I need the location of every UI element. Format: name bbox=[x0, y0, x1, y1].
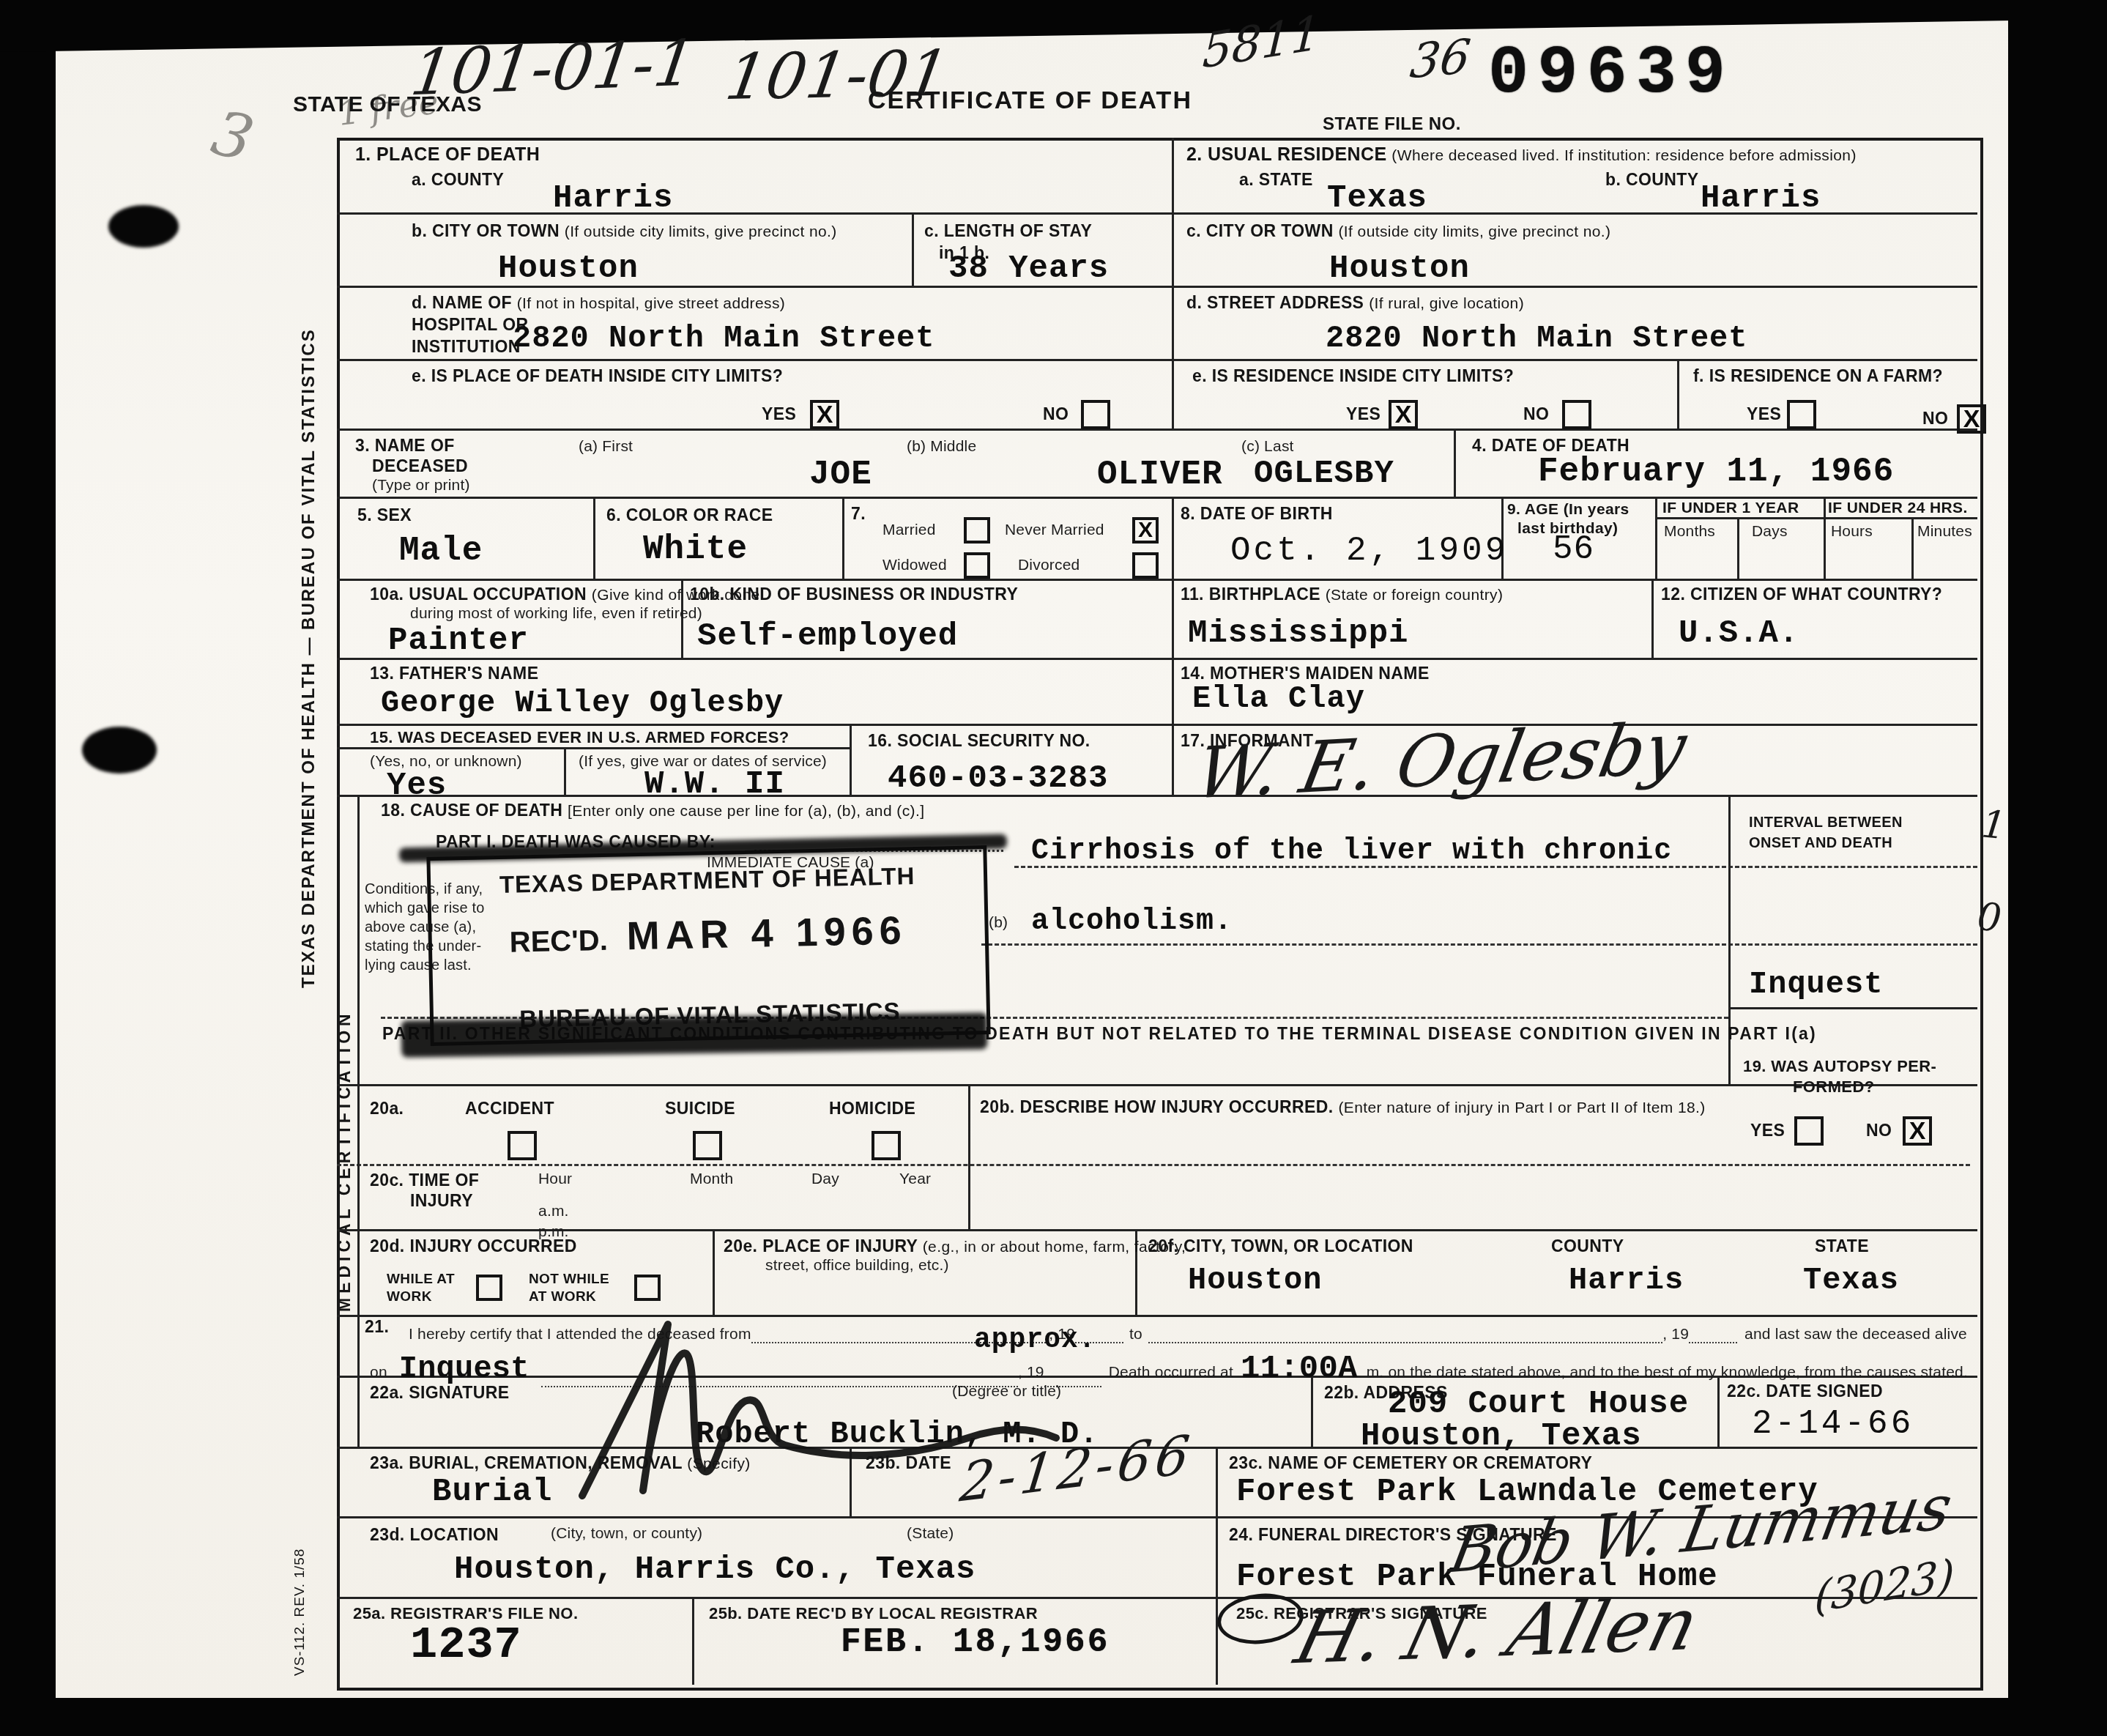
physician-address-1: 209 Court House bbox=[1388, 1386, 1689, 1422]
date-signed-value: 2-14-66 bbox=[1752, 1405, 1914, 1443]
last-name-value: OGLESBY bbox=[1254, 456, 1394, 492]
injury-20b-label-text: 20b. DESCRIBE HOW INJURY OCCURRED. bbox=[980, 1097, 1334, 1116]
mother-name-label: 14. MOTHER'S MAIDEN NAME bbox=[1181, 664, 1430, 683]
year-label: Year bbox=[899, 1171, 931, 1188]
injury-20b-label: 20b. DESCRIBE HOW INJURY OCCURRED. (Ente… bbox=[980, 1097, 1706, 1117]
handwritten-36: 36 bbox=[1407, 29, 1473, 89]
residence-farm-yes-checkbox bbox=[1787, 400, 1816, 429]
cemetery-label: 23c. NAME OF CEMETERY OR CREMATORY bbox=[1229, 1453, 1592, 1473]
residence-farm-yes-label: YES bbox=[1747, 404, 1781, 424]
disposition-date-label: 23b. DATE bbox=[866, 1453, 951, 1473]
not-while-at-work-checkbox bbox=[634, 1275, 661, 1301]
grid-line bbox=[593, 497, 595, 579]
suicide-label: SUICIDE bbox=[665, 1099, 735, 1119]
residence-county-label: b. COUNTY bbox=[1605, 170, 1699, 190]
residence-city-limits-yes-checkbox: X bbox=[1389, 400, 1418, 429]
married-label: Married bbox=[882, 522, 936, 539]
residence-state-value: Texas bbox=[1327, 180, 1427, 217]
interval-label-2: ONSET AND DEATH bbox=[1749, 835, 1892, 852]
place-of-death-section-label: 1. PLACE OF DEATH bbox=[355, 144, 540, 166]
citizenship-value: U.S.A. bbox=[1679, 615, 1799, 652]
registrar-date-label: 25b. DATE REC'D BY LOCAL REGISTRAR bbox=[709, 1604, 1038, 1623]
date-of-birth-label: 8. DATE OF BIRTH bbox=[1181, 504, 1333, 524]
hospital-label-3: INSTITUTION bbox=[412, 337, 521, 357]
city-or-town-label-text: b. CITY OR TOWN bbox=[412, 221, 560, 240]
punch-hole bbox=[82, 727, 157, 774]
hospital-label-text: d. NAME OF bbox=[412, 293, 512, 312]
minutes-label: Minutes bbox=[1917, 523, 1972, 541]
if-under-1-year-label: IF UNDER 1 YEAR bbox=[1662, 500, 1799, 517]
grid-line bbox=[842, 497, 844, 579]
injury-city-value: Houston bbox=[1188, 1263, 1322, 1298]
disposition-note: (Specify) bbox=[687, 1455, 750, 1472]
hospital-note: (If not in hospital, give street address… bbox=[517, 295, 786, 312]
received-stamp-line-1: TEXAS DEPARTMENT OF HEALTH bbox=[431, 861, 984, 900]
autopsy-label-2: FORMED? bbox=[1793, 1077, 1875, 1097]
autopsy-yes-label: YES bbox=[1750, 1121, 1785, 1140]
residence-city-limits-label: e. IS RESIDENCE INSIDE CITY LIMITS? bbox=[1192, 366, 1514, 386]
grid-line bbox=[337, 747, 850, 749]
grid-line bbox=[912, 212, 914, 286]
race-value: White bbox=[643, 530, 748, 568]
injury-20c-label-1: 20c. TIME OF bbox=[370, 1171, 479, 1190]
grid-line bbox=[337, 724, 1977, 726]
registrar-date-stamp: FEB. 18,1966 bbox=[841, 1623, 1110, 1661]
residence-city-label: c. CITY OR TOWN (If outside city limits,… bbox=[1186, 221, 1610, 241]
dotted-blank bbox=[1689, 1329, 1737, 1343]
street-address-note: (If rural, give location) bbox=[1369, 295, 1524, 312]
day-label: Day bbox=[811, 1171, 839, 1188]
grid-line bbox=[337, 1084, 1977, 1086]
interval-handwritten-mark-1: 1 bbox=[1980, 802, 2008, 848]
grid-line bbox=[337, 579, 1977, 581]
last-name-label: (c) Last bbox=[1241, 438, 1294, 456]
injury-20e-note-1: (e.g., in or about home, farm, factory, bbox=[923, 1239, 1186, 1255]
grid-line bbox=[337, 658, 1977, 660]
state-file-no-stamp: 09639 bbox=[1488, 35, 1734, 112]
grid-line bbox=[1454, 429, 1456, 497]
injury-20f-label: 20f. CITY, TOWN, OR LOCATION bbox=[1148, 1236, 1413, 1256]
if-under-24-hrs-label: IF UNDER 24 HRS. bbox=[1828, 500, 1968, 517]
physician-signature-label: 22a. SIGNATURE bbox=[370, 1383, 510, 1403]
autopsy-no-checkbox: X bbox=[1903, 1116, 1932, 1146]
certification-line1-to: to bbox=[1129, 1326, 1142, 1343]
date-of-birth-value: Oct. 2, 1909 bbox=[1230, 532, 1508, 570]
citizenship-label: 12. CITIZEN OF WHAT COUNTRY? bbox=[1661, 585, 1942, 604]
grid-line bbox=[337, 1229, 1977, 1231]
certification-line1-19b: , 19 bbox=[1662, 1326, 1689, 1343]
cause-of-death-label: 18. CAUSE OF DEATH [Enter only one cause… bbox=[381, 801, 924, 820]
handwritten-code-1: 101-01-1 bbox=[406, 26, 699, 110]
injury-20e-note-2: street, office building, etc.) bbox=[765, 1257, 949, 1275]
birthplace-note: (State or foreign country) bbox=[1326, 587, 1504, 604]
birthplace-label-text: 11. BIRTHPLACE bbox=[1181, 585, 1320, 604]
received-stamp-line-2: REC'D. MAR 4 1966 bbox=[431, 906, 985, 963]
ssn-label: 16. SOCIAL SECURITY NO. bbox=[868, 731, 1090, 751]
residence-farm-no-label: NO bbox=[1922, 409, 1948, 429]
length-of-stay-label: c. LENGTH OF STAY bbox=[924, 221, 1092, 241]
industry-label: 10b. KIND OF BUSINESS OR INDUSTRY bbox=[690, 585, 1018, 604]
residence-section-label-text: 2. USUAL RESIDENCE bbox=[1186, 144, 1386, 165]
interval-label-1: INTERVAL BETWEEN bbox=[1749, 815, 1903, 831]
accident-checkbox bbox=[508, 1131, 537, 1160]
dotted-blank bbox=[1148, 1329, 1662, 1343]
injury-20a-label: 20a. bbox=[370, 1099, 404, 1119]
grid-line bbox=[1677, 359, 1679, 429]
suicide-checkbox bbox=[693, 1131, 722, 1160]
grid-line bbox=[357, 795, 360, 1447]
cause-of-death-label-text: 18. CAUSE OF DEATH bbox=[381, 801, 562, 820]
hour-label: Hour bbox=[538, 1171, 572, 1188]
street-address-value: 2820 North Main Street bbox=[1326, 321, 1748, 356]
father-name-label: 13. FATHER'S NAME bbox=[370, 664, 538, 683]
residence-county-value: Harris bbox=[1701, 180, 1821, 217]
grid-line bbox=[981, 943, 1977, 946]
cause-line-a-value: Cirrhosis of the liver with chronic bbox=[1031, 835, 1672, 868]
grid-line bbox=[692, 1597, 694, 1685]
ssn-value: 460-03-3283 bbox=[888, 760, 1108, 797]
residence-city-value: Houston bbox=[1329, 251, 1470, 287]
residence-city-label-text: c. CITY OR TOWN bbox=[1186, 221, 1334, 240]
grid-line bbox=[564, 747, 566, 795]
grid-line bbox=[1728, 1007, 1977, 1009]
armed-forces-value-1: Yes bbox=[387, 768, 447, 804]
grid-line bbox=[337, 1597, 1977, 1599]
grid-line bbox=[1911, 517, 1914, 579]
grid-line bbox=[968, 1084, 970, 1229]
disposition-location-value: Houston, Harris Co., Texas bbox=[454, 1551, 976, 1588]
homicide-checkbox bbox=[872, 1131, 901, 1160]
length-of-stay-value: 38 Years bbox=[948, 251, 1109, 287]
margin-agency-text: TEXAS DEPARTMENT OF HEALTH — BUREAU OF V… bbox=[296, 341, 322, 976]
mother-name-value: Ella Clay bbox=[1192, 681, 1365, 716]
cause-b-label: (b) bbox=[989, 914, 1008, 932]
while-at-work-checkbox bbox=[476, 1275, 502, 1301]
am-label: a.m. bbox=[538, 1203, 569, 1220]
certification-line1-tail: and last saw the deceased alive bbox=[1744, 1326, 1967, 1343]
cause-of-death-note: [Enter only one cause per line for (a), … bbox=[568, 803, 924, 820]
first-name-value: JOE bbox=[809, 456, 872, 494]
city-or-town-value: Houston bbox=[498, 251, 639, 287]
grid-line bbox=[337, 497, 1977, 499]
place-city-limits-no-checkbox bbox=[1081, 400, 1110, 429]
location-city-note: (City, town, or county) bbox=[551, 1525, 702, 1543]
never-married-checkbox: X bbox=[1132, 517, 1159, 544]
registrar-file-value: 1237 bbox=[410, 1619, 522, 1671]
father-name-value: George Willey Oglesby bbox=[381, 686, 784, 721]
age-label-1: 9. AGE (In years bbox=[1507, 501, 1630, 519]
city-or-town-note: (If outside city limits, give precinct n… bbox=[565, 223, 837, 240]
months-label: Months bbox=[1664, 523, 1715, 541]
residence-section-label: 2. USUAL RESIDENCE (Where deceased lived… bbox=[1186, 144, 1857, 166]
divorced-checkbox bbox=[1132, 552, 1159, 579]
place-city-limits-no-label: NO bbox=[1043, 404, 1069, 424]
grid-line bbox=[850, 724, 852, 795]
grid-line bbox=[1172, 497, 1174, 795]
location-state-note: (State) bbox=[907, 1525, 954, 1543]
grid-line bbox=[1216, 1447, 1218, 1685]
residence-state-label: a. STATE bbox=[1239, 170, 1313, 190]
sex-value: Male bbox=[399, 532, 483, 570]
occupation-label-text: 10a. USUAL OCCUPATION bbox=[370, 585, 587, 604]
middle-name-label: (b) Middle bbox=[907, 438, 976, 456]
certificate-title: CERTIFICATE OF DEATH bbox=[868, 86, 1192, 115]
occupation-value: Painter bbox=[388, 623, 529, 659]
residence-city-note: (If outside city limits, give precinct n… bbox=[1338, 223, 1610, 240]
grid-line bbox=[337, 1164, 1970, 1166]
accident-label: ACCIDENT bbox=[465, 1099, 554, 1119]
place-city-limits-yes-checkbox: X bbox=[810, 400, 839, 429]
county-value: Harris bbox=[553, 180, 673, 217]
armed-forces-label: 15. WAS DECEASED EVER IN U.S. ARMED FORC… bbox=[370, 728, 789, 747]
death-time-typed-value: 11:00A bbox=[1241, 1351, 1358, 1387]
margin-form-code-text: VS-112. REV. 1/58 bbox=[290, 1525, 311, 1699]
grid-line bbox=[1651, 579, 1654, 658]
residence-city-limits-yes-label: YES bbox=[1346, 404, 1380, 424]
sex-label: 5. SEX bbox=[357, 505, 412, 525]
race-label: 6. COLOR OR RACE bbox=[606, 505, 773, 525]
injury-20d-label: 20d. INJURY OCCURRED bbox=[370, 1236, 577, 1256]
date-of-death-value: February 11, 1966 bbox=[1538, 453, 1894, 491]
disposition-label-text: 23a. BURIAL, CREMATION, REMOVAL bbox=[370, 1453, 682, 1472]
never-married-label: Never Married bbox=[1005, 522, 1104, 539]
certification-line2-tail: m. on the date stated above, and to the … bbox=[1367, 1364, 1968, 1381]
residence-farm-label: f. IS RESIDENCE ON A FARM? bbox=[1693, 366, 1943, 386]
injury-20b-note: (Enter nature of injury in Part I or Par… bbox=[1338, 1099, 1705, 1116]
middle-name-value: OLIVER bbox=[1097, 456, 1223, 494]
scan-edge-bottom bbox=[0, 1698, 2107, 1736]
cause-line-b-value: alcoholism. bbox=[1031, 905, 1233, 938]
certification-on-label: on bbox=[370, 1364, 387, 1381]
grid-line bbox=[337, 795, 1977, 797]
state-file-no-label: STATE FILE NO. bbox=[1323, 114, 1461, 135]
physician-address-2: Houston, Texas bbox=[1361, 1418, 1642, 1455]
inquest-typed-value: Inquest bbox=[399, 1351, 529, 1387]
hospital-label: d. NAME OF (If not in hospital, give str… bbox=[412, 293, 785, 313]
deceased-name-label-3: (Type or print) bbox=[372, 477, 470, 494]
marital-label: 7. bbox=[851, 504, 866, 524]
occupation-note-2: during most of working life, even if ret… bbox=[410, 605, 702, 623]
certification-label: 21. bbox=[365, 1317, 389, 1337]
injury-state-label: STATE bbox=[1815, 1236, 1869, 1256]
street-address-label: d. STREET ADDRESS (If rural, give locati… bbox=[1186, 293, 1524, 313]
age-value: 56 bbox=[1553, 530, 1594, 568]
injury-20e-label: 20e. PLACE OF INJURY (e.g., in or about … bbox=[724, 1236, 1186, 1256]
married-checkbox bbox=[964, 517, 990, 544]
divorced-label: Divorced bbox=[1018, 557, 1079, 574]
month-label: Month bbox=[690, 1171, 733, 1188]
approx-typed-value: approx. bbox=[974, 1324, 1096, 1356]
grid-line bbox=[1655, 517, 1977, 519]
injury-county-value: Harris bbox=[1569, 1263, 1684, 1298]
residence-section-note: (Where deceased lived. If institution: r… bbox=[1391, 147, 1857, 164]
industry-value: Self-employed bbox=[697, 618, 958, 655]
while-at-work-label-2: WORK bbox=[387, 1289, 432, 1305]
residence-city-limits-no-checkbox bbox=[1562, 400, 1591, 429]
autopsy-label-1: 19. WAS AUTOPSY PER- bbox=[1743, 1057, 1936, 1076]
widowed-label: Widowed bbox=[882, 557, 947, 574]
while-at-work-label-1: WHILE AT bbox=[387, 1272, 455, 1288]
received-stamp-recd: REC'D. bbox=[509, 924, 608, 960]
grid-line bbox=[713, 1229, 715, 1315]
injury-county-label: COUNTY bbox=[1551, 1236, 1624, 1256]
hospital-label-2: HOSPITAL OR bbox=[412, 315, 528, 335]
not-while-at-work-label-1: NOT WHILE bbox=[529, 1272, 609, 1288]
grid-line bbox=[1737, 517, 1739, 579]
registrar-signature: H. N. Allen bbox=[1287, 1582, 1706, 1680]
scan-edge-right bbox=[2008, 0, 2107, 1736]
disposition-value: Burial bbox=[432, 1474, 552, 1510]
received-stamp-date: MAR 4 1966 bbox=[626, 908, 907, 959]
hours-label: Hours bbox=[1831, 523, 1873, 541]
birthplace-value: Mississippi bbox=[1188, 615, 1408, 652]
deceased-name-label-2: DECEASED bbox=[372, 456, 468, 476]
grid-line bbox=[337, 359, 1977, 361]
injury-20e-label-text: 20e. PLACE OF INJURY bbox=[724, 1236, 918, 1255]
birthplace-label: 11. BIRTHPLACE (State or foreign country… bbox=[1181, 585, 1503, 604]
days-label: Days bbox=[1752, 523, 1788, 541]
first-name-label: (a) First bbox=[579, 438, 633, 456]
residence-farm-no-checkbox: X bbox=[1957, 404, 1986, 434]
grid-line bbox=[337, 429, 1977, 431]
residence-city-limits-no-label: NO bbox=[1523, 404, 1549, 424]
inquest-interval-value: Inquest bbox=[1749, 967, 1883, 1002]
grid-line bbox=[1172, 138, 1174, 429]
scan-edge-left bbox=[0, 0, 56, 1736]
punch-hole bbox=[108, 205, 179, 248]
widowed-checkbox bbox=[964, 552, 990, 579]
interval-handwritten-mark-2: 0 bbox=[1976, 895, 2003, 941]
autopsy-no-label: NO bbox=[1866, 1121, 1892, 1140]
grid-line bbox=[1655, 497, 1657, 579]
city-or-town-label: b. CITY OR TOWN (If outside city limits,… bbox=[412, 221, 837, 241]
street-address-label-text: d. STREET ADDRESS bbox=[1186, 293, 1364, 312]
place-city-limits-label: e. IS PLACE OF DEATH INSIDE CITY LIMITS? bbox=[412, 366, 783, 386]
death-certificate-scan: TEXAS DEPARTMENT OF HEALTH — BUREAU OF V… bbox=[0, 0, 2107, 1736]
injury-state-value: Texas bbox=[1803, 1263, 1899, 1298]
armed-forces-value-2: W.W. II bbox=[644, 766, 785, 803]
not-while-at-work-label-2: AT WORK bbox=[529, 1289, 596, 1305]
injury-20c-label-2: INJURY bbox=[410, 1191, 473, 1211]
date-signed-label: 22c. DATE SIGNED bbox=[1727, 1381, 1883, 1401]
disposition-location-label: 23d. LOCATION bbox=[370, 1525, 499, 1545]
hospital-value: 2820 North Main Street bbox=[513, 321, 935, 356]
grid-line bbox=[1824, 497, 1826, 579]
autopsy-yes-checkbox bbox=[1794, 1116, 1824, 1146]
homicide-label: HOMICIDE bbox=[829, 1099, 915, 1119]
deceased-name-label-1: 3. NAME OF bbox=[355, 436, 455, 456]
disposition-label: 23a. BURIAL, CREMATION, REMOVAL (Specify… bbox=[370, 1453, 751, 1473]
county-label: a. COUNTY bbox=[412, 170, 504, 190]
place-city-limits-yes-label: YES bbox=[762, 404, 796, 424]
